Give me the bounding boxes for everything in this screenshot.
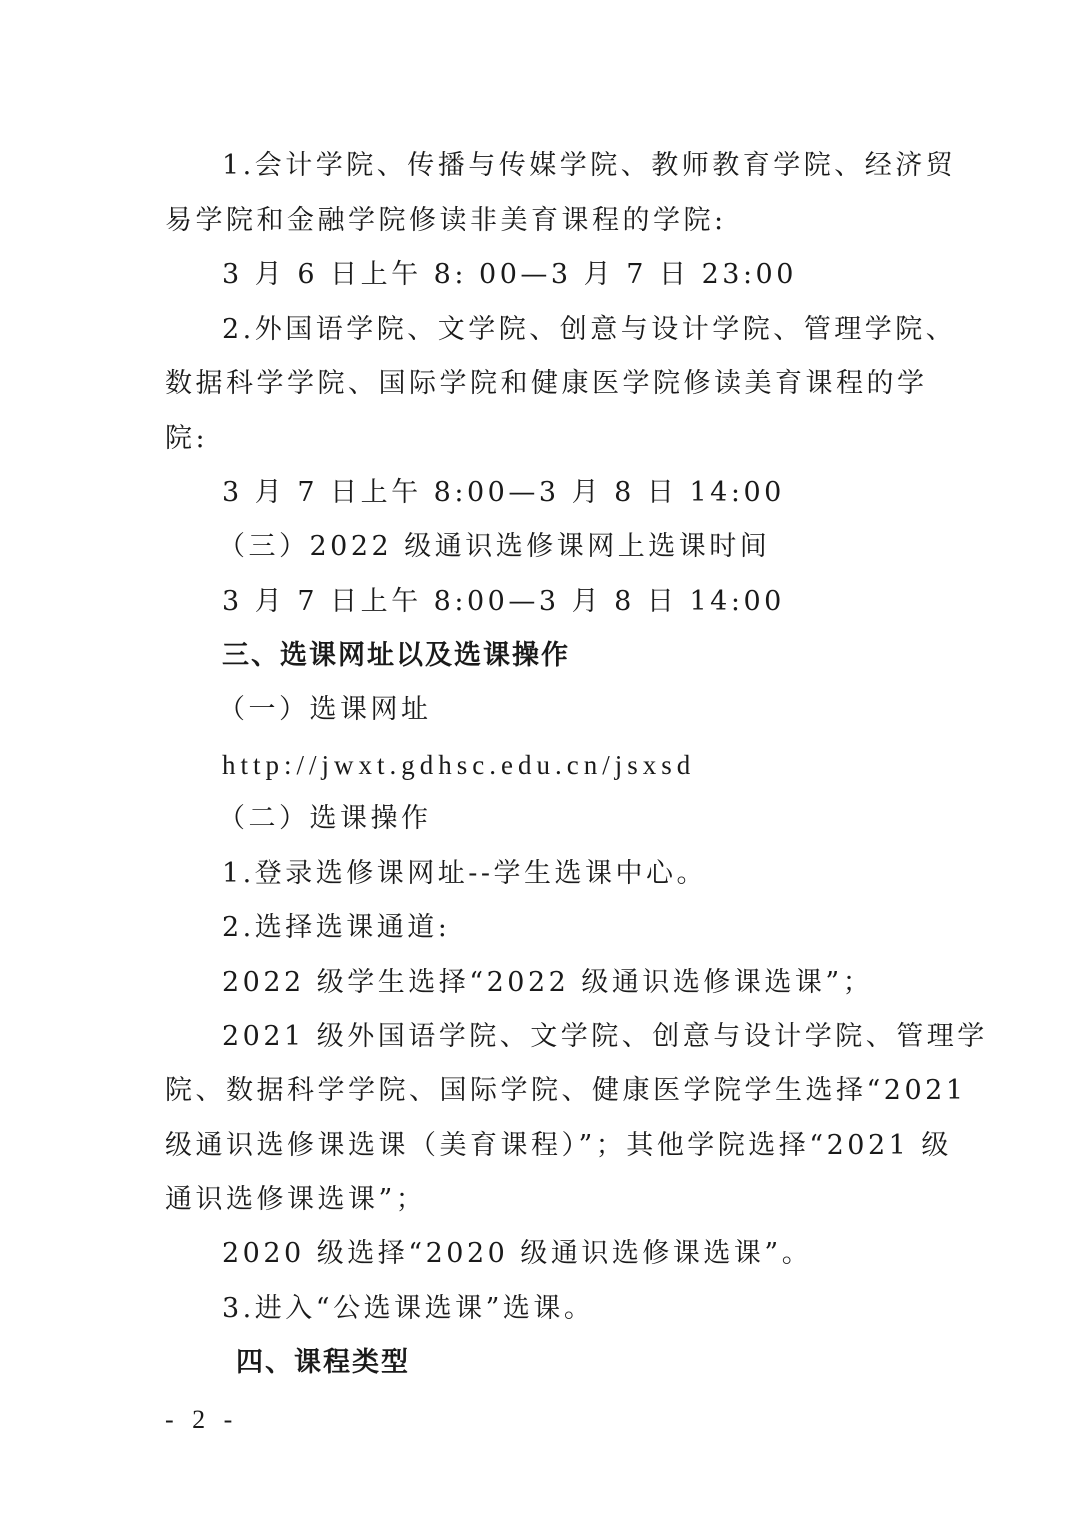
document-page: 1.会计学院、传播与传媒学院、教师教育学院、经济贸 易学院和金融学院修读非美育课… [0,0,1080,1528]
channel-2022: 2022 级学生选择“2022 级通识选修课选课”； [222,963,982,1003]
item-2-time: 3 月 7 日上午 8:00—3 月 8 日 14:00 [222,473,982,513]
item-1-schools-non-aesthetic: 1.会计学院、传播与传媒学院、教师教育学院、经济贸 [222,146,982,186]
subsection-3-time: 3 月 7 日上午 8:00—3 月 8 日 14:00 [222,582,982,622]
channel-2021-aesthetic-continued: 院、数据科学学院、国际学院、健康医学院学生选择“2021 [165,1071,925,1111]
subsection-operation-title: （二）选课操作 [218,799,978,839]
channel-2021-other-end: 通识选修课选课”； [165,1180,925,1220]
item-2-schools-continued: 数据科学学院、国际学院和健康医学院修读美育课程的学 [165,364,925,404]
section-4-heading: 四、课程类型 [236,1343,996,1383]
page-number: - 2 - [165,1400,238,1440]
step-1-login: 1.登录选修课网址--学生选课中心。 [222,854,982,894]
step-2-select-channel: 2.选择选课通道: [222,908,982,948]
channel-2021-aesthetic: 2021 级外国语学院、文学院、创意与设计学院、管理学 [222,1017,982,1057]
course-selection-url-link[interactable]: http://jwxt.gdhsc.edu.cn/jsxsd [222,745,982,785]
subsection-url-title: （一）选课网址 [218,690,978,730]
subsection-3-title: （三）2022 级通识选修课网上选课时间 [218,527,978,567]
section-3-heading: 三、选课网址以及选课操作 [222,636,982,676]
channel-2021-other: 级通识选修课选课（美育课程）”；其他学院选择“2021 级 [165,1126,925,1166]
item-1-time: 3 月 6 日上午 8: 00—3 月 7 日 23:00 [222,255,982,295]
item-2-schools-aesthetic: 2.外国语学院、文学院、创意与设计学院、管理学院、 [222,310,982,350]
channel-2020: 2020 级选择“2020 级通识选修课选课”。 [222,1234,982,1274]
step-3-enter-public-elective: 3.进入“公选课选课”选课。 [222,1289,982,1329]
item-2-schools-end: 院: [165,419,925,459]
item-1-schools-continued: 易学院和金融学院修读非美育课程的学院: [165,201,925,241]
